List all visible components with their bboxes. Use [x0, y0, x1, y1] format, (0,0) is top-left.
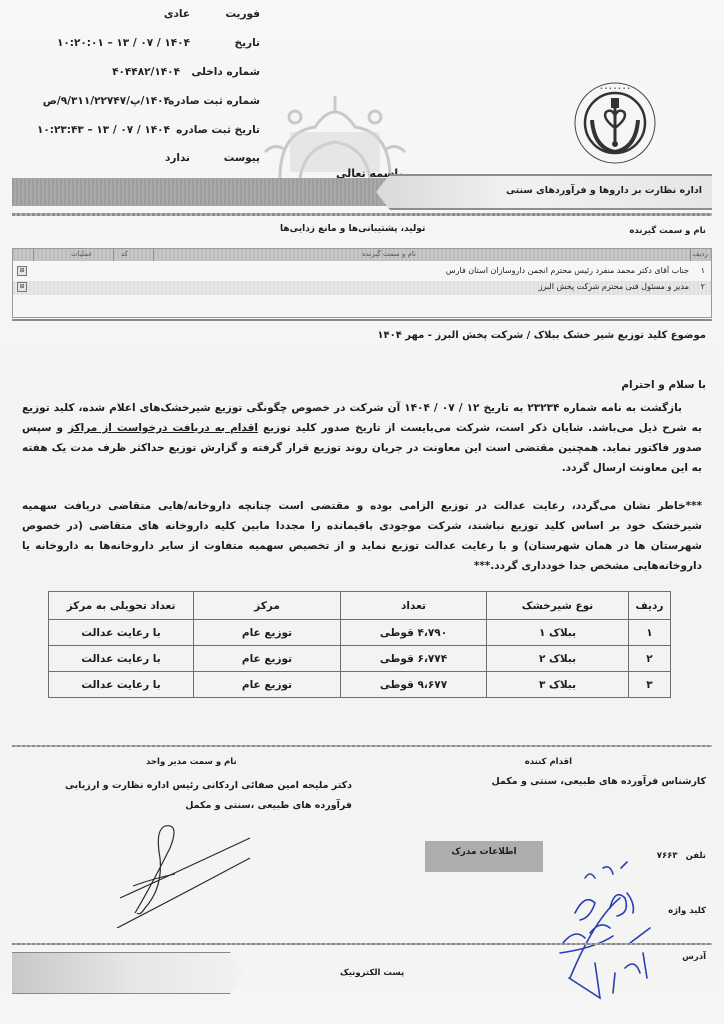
cell-row-number: ۱ [629, 620, 671, 646]
col-separator [153, 249, 154, 261]
col-code: کد [121, 250, 128, 258]
urgency-label: فوریت [200, 8, 260, 20]
attachment-value: ندارد [165, 152, 190, 164]
cell-formula-type: ببلاک ۱ [487, 620, 629, 646]
cell-row-number: ۳ [629, 672, 671, 698]
actor-value: کارشناس فرآورده های طبیعی، سنتی و مکمل [491, 776, 706, 787]
col-separator [690, 249, 691, 261]
expand-icon[interactable]: ⊞ [17, 282, 27, 292]
col-separator [113, 249, 114, 261]
expand-icon[interactable]: ⊞ [17, 266, 27, 276]
recipient-name: مدیر و مسئول فنی محترم شرکت پخش البرز [539, 282, 689, 291]
grid-divider [12, 319, 712, 321]
document-info-button[interactable]: اطلاعات مدرک [425, 841, 543, 872]
header-row-number: ردیف [629, 592, 671, 620]
cell-quantity: ۹،۶۷۷ قوطی [341, 672, 487, 698]
actor-label: اقدام کننده [525, 757, 572, 767]
meta-issued-reg-number: شماره ثبت صادره ۱۴۰۴/پ/۹/۳۱۱/۲۲۷۴۷/ص [20, 95, 260, 107]
cell-center: توزیع عام [194, 620, 341, 646]
row-number: ۲ [701, 282, 705, 291]
cell-row-number: ۲ [629, 646, 671, 672]
cell-quantity: ۶،۷۷۴ قوطی [341, 646, 487, 672]
cell-quantity: ۴،۷۹۰ قوطی [341, 620, 487, 646]
recipients-grid-header: ردیف نام و سمت گیرنده کد عملیات [13, 249, 711, 261]
row-number: ۱ [701, 266, 705, 275]
body-paragraph-2: ***خاطر نشان می‌گردد، رعایت عدالت در توز… [22, 496, 702, 576]
issued-reg-date-value: ۱۴۰۴ / ۰۷ / ۱۳ – ۱۰:۲۳:۴۳ [37, 124, 170, 136]
attachment-label: پیوست [200, 152, 260, 164]
phone-label: تلفن [686, 851, 706, 861]
header-delivered: تعداد تحویلی به مرکز [49, 592, 194, 620]
cell-center: توزیع عام [194, 646, 341, 672]
table-row: ۳ ببلاک ۳ ۹،۶۷۷ قوطی توزیع عام با رعایت … [49, 672, 671, 698]
band-divider [12, 213, 712, 216]
col-operations: عملیات [71, 250, 92, 258]
address-label: آدرس [682, 952, 706, 962]
ornament-decoration [260, 92, 410, 178]
table-row: ۱ ببلاک ۱ ۴،۷۹۰ قوطی توزیع عام با رعایت … [49, 620, 671, 646]
email-box [12, 952, 244, 994]
cell-formula-type: ببلاک ۲ [487, 646, 629, 672]
issued-reg-number-value: ۱۴۰۴/پ/۹/۳۱۱/۲۲۷۴۷/ص [43, 95, 170, 107]
manager-label: نام و سمت مدیر واحد [146, 757, 237, 767]
email-label: پست الکترونیک [340, 968, 404, 978]
meta-internal-number: شماره داخلی ۴۰۴۴۸۲/۱۴۰۴ [20, 66, 260, 78]
body-paragraph-1: بازگشت به نامه شماره ۲۳۲۳۴ به تاریخ ۱۲ /… [22, 398, 702, 478]
recipient-label: نام و سمت گیرنده [629, 226, 706, 236]
date-value: ۱۴۰۴ / ۰۷ / ۱۳ – ۱۰:۲۰:۰۱ [57, 37, 190, 49]
letter-page: فوریت عادی تاریخ ۱۴۰۴ / ۰۷ / ۱۳ – ۱۰:۲۰:… [0, 0, 724, 1024]
cell-delivered: با رعایت عدالت [49, 646, 194, 672]
table-row: ۲ ببلاک ۲ ۶،۷۷۴ قوطی توزیع عام با رعایت … [49, 646, 671, 672]
header-center: مرکز [194, 592, 341, 620]
signature [115, 818, 255, 928]
footer-divider [12, 943, 712, 945]
department-title: اداره نظارت بر داروها و فرآوردهای سنتی [506, 185, 702, 196]
recipient-value: تولید، پشتیبانی‌ها و مانع زدایی‌ها [280, 224, 425, 234]
table-header-row: ردیف نوع شیرخشک تعداد مرکز تعداد تحویلی … [49, 592, 671, 620]
table-row[interactable]: ۲ مدیر و مسئول فنی محترم شرکت پخش البرز … [13, 281, 711, 295]
cell-formula-type: ببلاک ۳ [487, 672, 629, 698]
university-logo: • • • • • • • [572, 80, 658, 166]
col-name: نام و سمت گیرنده [362, 250, 416, 258]
distribution-table: ردیف نوع شیرخشک تعداد مرکز تعداد تحویلی … [48, 591, 671, 698]
meta-attachment: پیوست ندارد [20, 152, 260, 164]
col-row: ردیف [692, 250, 708, 258]
header-formula-type: نوع شیرخشک [487, 592, 629, 620]
date-label: تاریخ [200, 37, 260, 49]
para1-underlined: اقدام به دریافت درخواست از مراکز [68, 422, 258, 434]
issued-reg-date-label: تاریخ ثبت صادره [178, 124, 260, 136]
internal-number-value: ۴۰۴۴۸۲/۱۴۰۴ [112, 66, 180, 78]
signature-divider [12, 745, 712, 747]
meta-urgency: فوریت عادی [20, 8, 260, 20]
meta-date: تاریخ ۱۴۰۴ / ۰۷ / ۱۳ – ۱۰:۲۰:۰۱ [20, 37, 260, 49]
recipient-name: جناب آقای دکتر محمد منفرد رئیس محترم انج… [446, 266, 689, 275]
cell-delivered: با رعایت عدالت [49, 620, 194, 646]
urgency-value: عادی [164, 8, 190, 20]
issued-reg-number-label: شماره ثبت صادره [178, 95, 260, 107]
header-quantity: تعداد [341, 592, 487, 620]
cell-delivered: با رعایت عدالت [49, 672, 194, 698]
letter-subject: موضوع کلید توزیع شیر خشک ببلاک / شرکت پخ… [377, 330, 706, 341]
greeting: با سلام و احترام [621, 379, 706, 391]
internal-number-label: شماره داخلی [190, 66, 260, 78]
handwritten-note [555, 858, 685, 1003]
svg-text:• • • • • • •: • • • • • • • [600, 86, 630, 92]
cell-center: توزیع عام [194, 672, 341, 698]
recipients-grid: ردیف نام و سمت گیرنده کد عملیات ۱ جناب آ… [12, 248, 712, 318]
table-row[interactable]: ۱ جناب آقای دکتر محمد منفرد رئیس محترم ا… [13, 265, 711, 279]
meta-issued-reg-date: تاریخ ثبت صادره ۱۴۰۴ / ۰۷ / ۱۳ – ۱۰:۲۳:۴… [20, 124, 260, 136]
manager-value: دکتر ملیحه امین صفائی اردکانی رئیس اداره… [36, 776, 352, 816]
col-separator [33, 249, 34, 261]
